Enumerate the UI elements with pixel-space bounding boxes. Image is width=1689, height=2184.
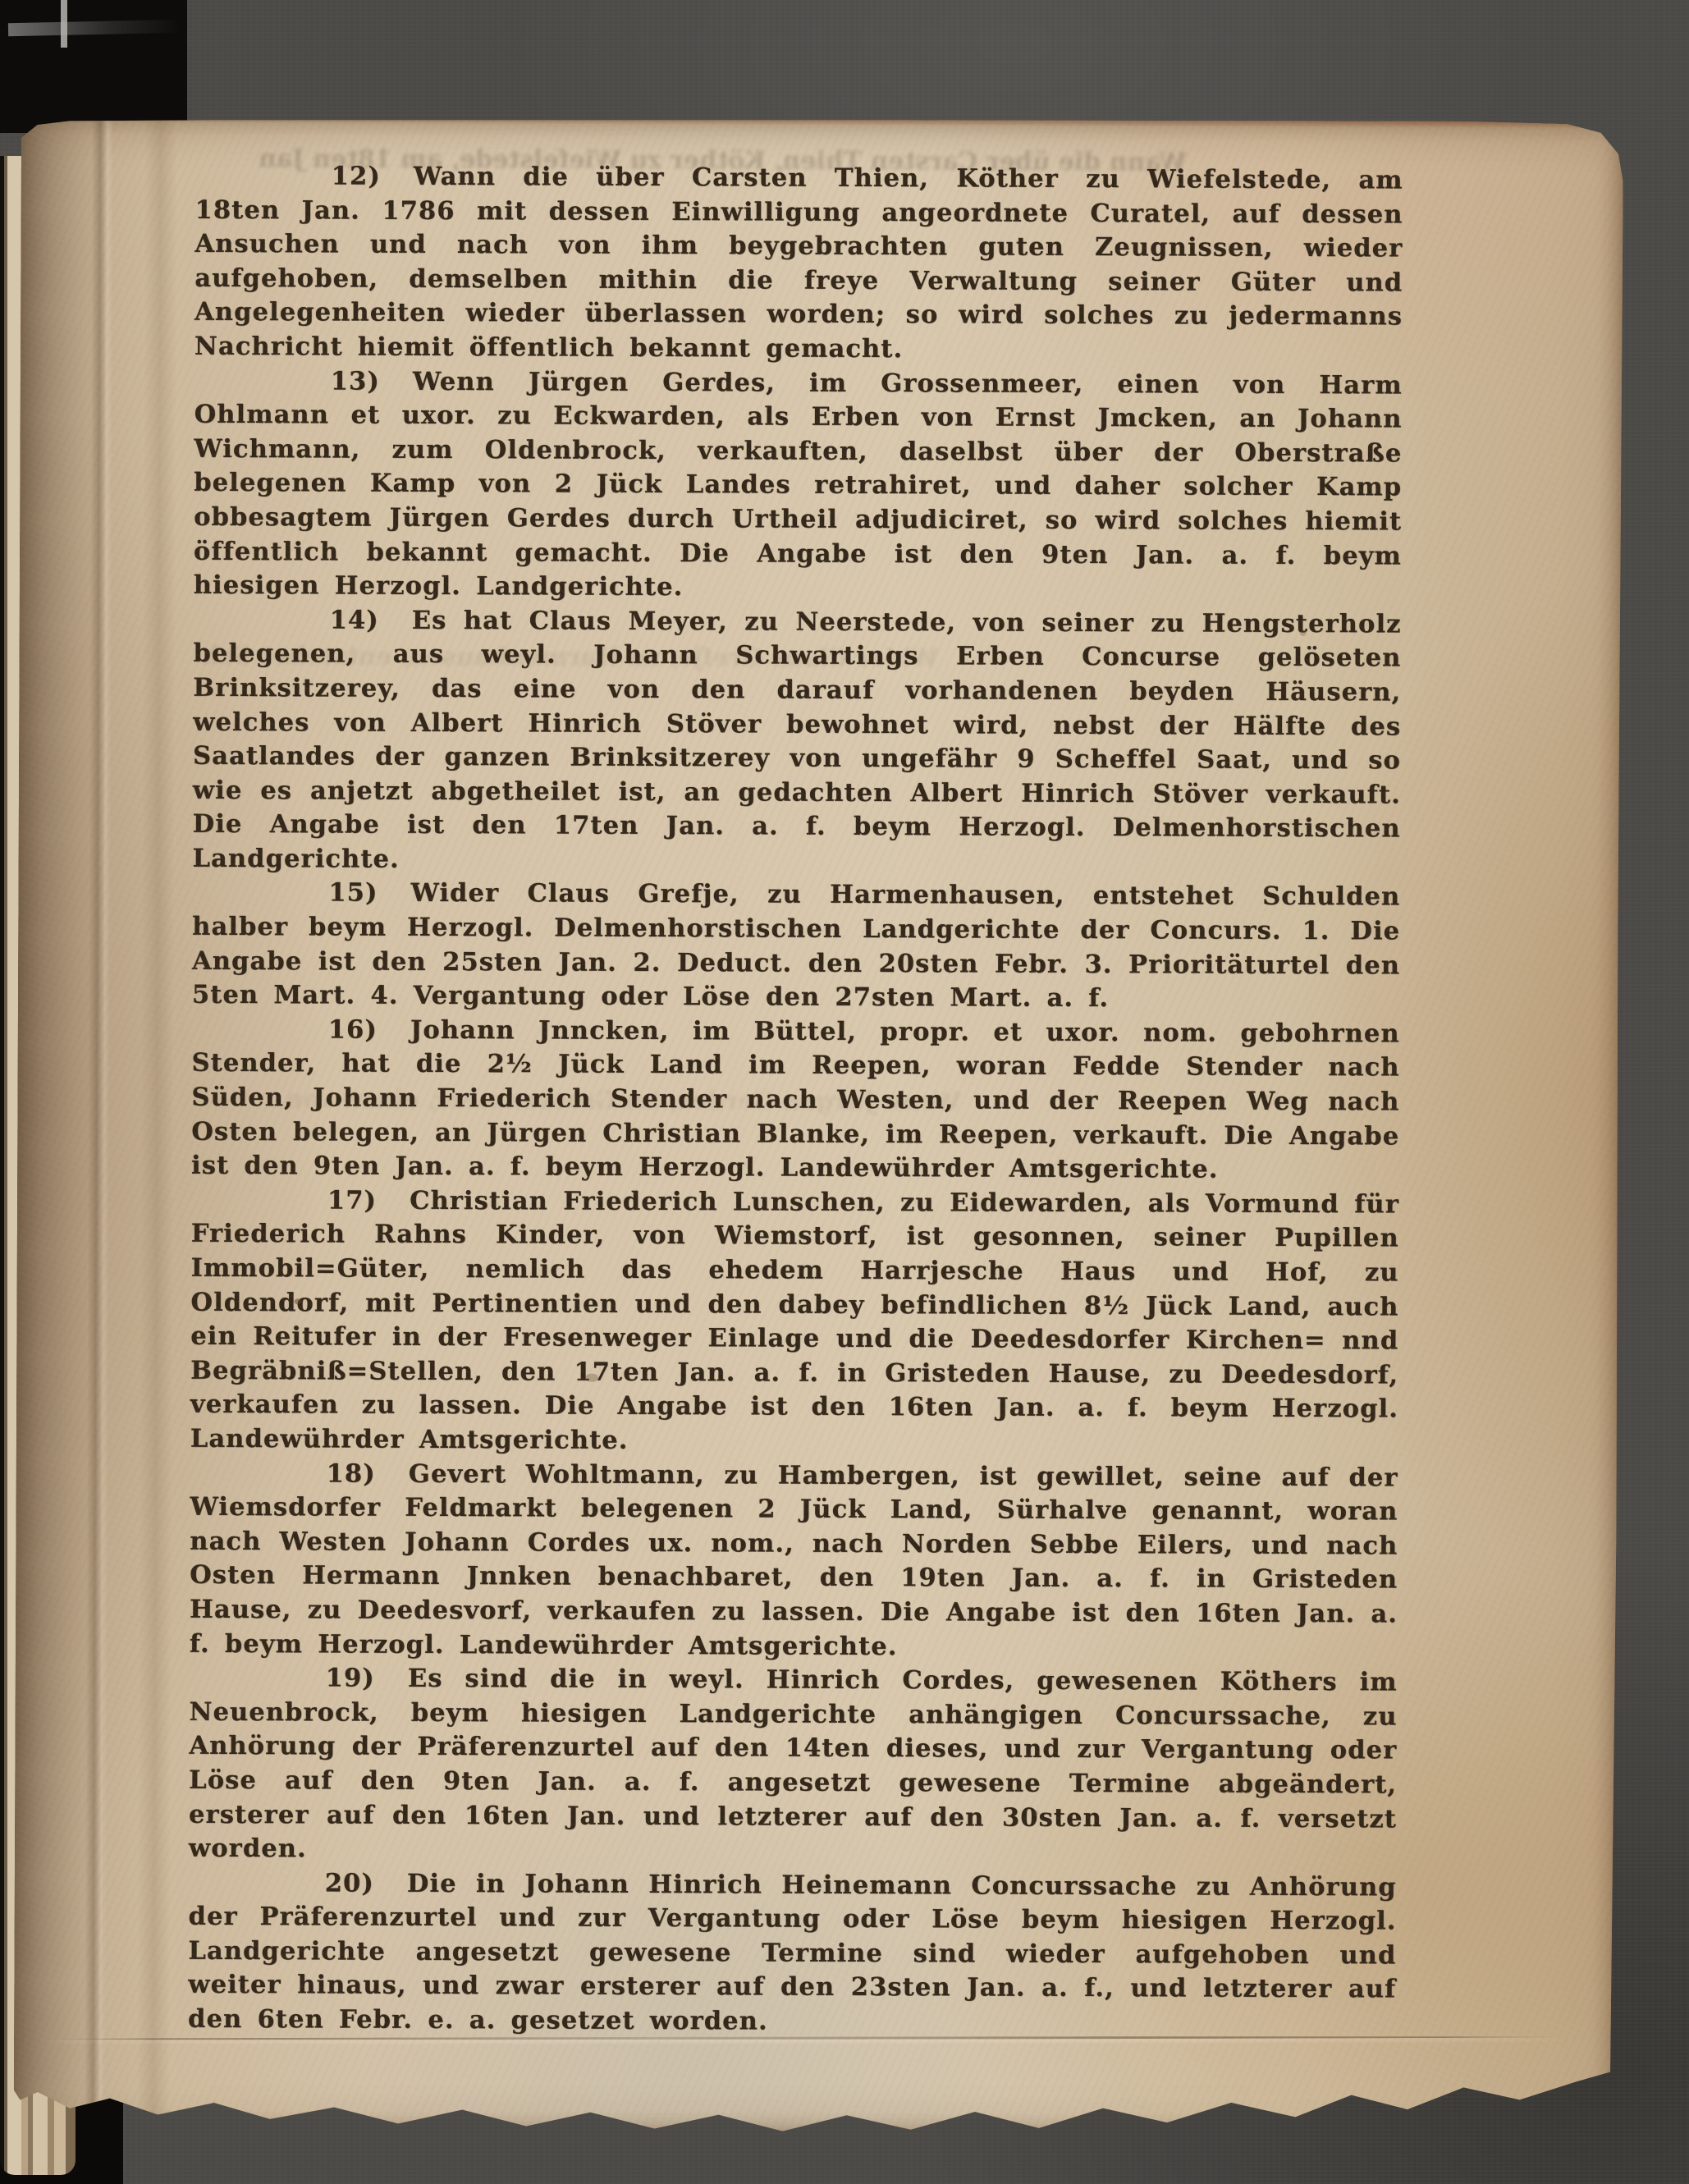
paragraph-text: Es sind die in weyl. Hinrich Cordes, gew… <box>189 1664 1398 1863</box>
paragraph-16: 16)Johann Jnncken, im Büttel, propr. et … <box>191 1013 1400 1188</box>
paper-speck <box>1300 630 1307 636</box>
paragraph-text: Wenn Jürgen Gerdes, im Grossenmeer, eine… <box>194 366 1403 602</box>
paragraph-number: 18) <box>327 1458 376 1488</box>
paragraph-text: Wann die über Carsten Thien, Köther zu W… <box>195 162 1403 364</box>
paragraph-text: Christian Friederich Lunschen, zu Eidewa… <box>190 1186 1399 1455</box>
paragraph-text: Es hat Claus Meyer, zu Neerstede, von se… <box>192 606 1401 874</box>
paragraph-number: 20) <box>325 1868 374 1898</box>
gutter-crease-soft <box>137 117 177 2129</box>
paragraph-text: Gevert Wohltmann, zu Hambergen, ist gewi… <box>190 1458 1398 1660</box>
book-page: Wann die über Carsten Thien, Köther zu W… <box>14 116 1623 2134</box>
paragraph-number: 16) <box>328 1014 378 1044</box>
paper-speck <box>585 1374 598 1382</box>
paragraph-17: 17)Christian Friederich Lunschen, zu Eid… <box>190 1184 1399 1461</box>
paragraph-19: 19)Es sind die in weyl. Hinrich Cordes, … <box>189 1661 1398 1870</box>
paragraph-number: 13) <box>331 366 380 396</box>
paragraph-12: 12)Wann die über Carsten Thien, Köther z… <box>195 159 1403 369</box>
scan-background: Wann die über Carsten Thien, Köther zu W… <box>0 0 1689 2184</box>
paragraph-number: 15) <box>328 878 378 908</box>
paper-speck <box>294 1298 301 1304</box>
paragraph-15: 15)Wider Claus Grefje, zu Harmenhausen, … <box>192 876 1401 1017</box>
edge-highlight-line <box>61 0 67 48</box>
text-block: 12)Wann die über Carsten Thien, Köther z… <box>188 159 1403 2041</box>
paragraph-20: 20)Die in Johann Hinrich Heinemann Concu… <box>188 1866 1397 2041</box>
page-top-edge <box>21 116 1623 128</box>
paragraph-18: 18)Gevert Wohltmann, zu Hambergen, ist g… <box>190 1456 1398 1665</box>
paragraph-14: 14)Es hat Claus Meyer, zu Neerstede, von… <box>192 603 1401 881</box>
paragraph-number: 17) <box>327 1185 377 1215</box>
paragraph-number: 19) <box>326 1664 375 1693</box>
paragraph-13: 13)Wenn Jürgen Gerdes, im Grossenmeer, e… <box>194 364 1403 607</box>
paper-speck <box>1032 1811 1038 1815</box>
paragraph-number: 14) <box>330 605 379 634</box>
paragraph-number: 12) <box>332 161 381 190</box>
gutter-crease <box>85 116 113 2128</box>
